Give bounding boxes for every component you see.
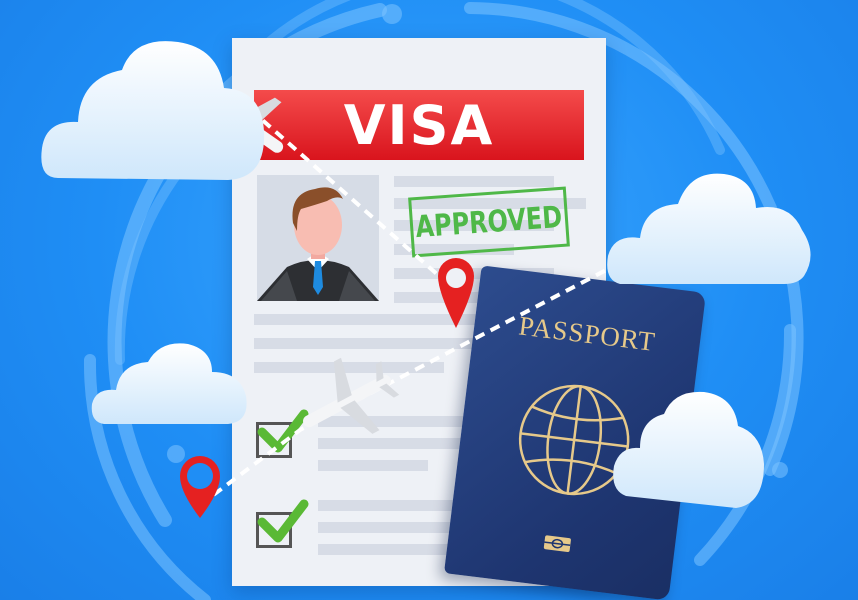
location-pin-icon: [178, 454, 222, 520]
text-line: [318, 460, 428, 471]
visa-banner: VISA: [254, 90, 584, 160]
visa-illustration: VISA: [0, 0, 858, 600]
text-line: [318, 522, 468, 533]
chip-icon: [544, 535, 572, 552]
checkbox-2: [256, 512, 292, 548]
visa-banner-text: VISA: [344, 94, 495, 157]
text-line: [318, 500, 468, 511]
airplane-icon: [292, 356, 402, 446]
cloud-icon: [90, 338, 250, 430]
checkbox-1: [256, 422, 292, 458]
text-line: [254, 338, 484, 349]
cloud-icon: [610, 386, 766, 514]
text-line: [394, 176, 554, 187]
person-avatar-icon: [257, 175, 379, 301]
applicant-photo: [257, 175, 379, 301]
location-pin-icon: [436, 256, 476, 330]
approved-stamp-text: APPROVED: [415, 199, 564, 244]
cloud-icon: [38, 28, 268, 192]
passport-title: PASSPORT: [473, 305, 701, 363]
approved-stamp: APPROVED: [408, 187, 570, 258]
cloud-icon: [604, 168, 818, 290]
